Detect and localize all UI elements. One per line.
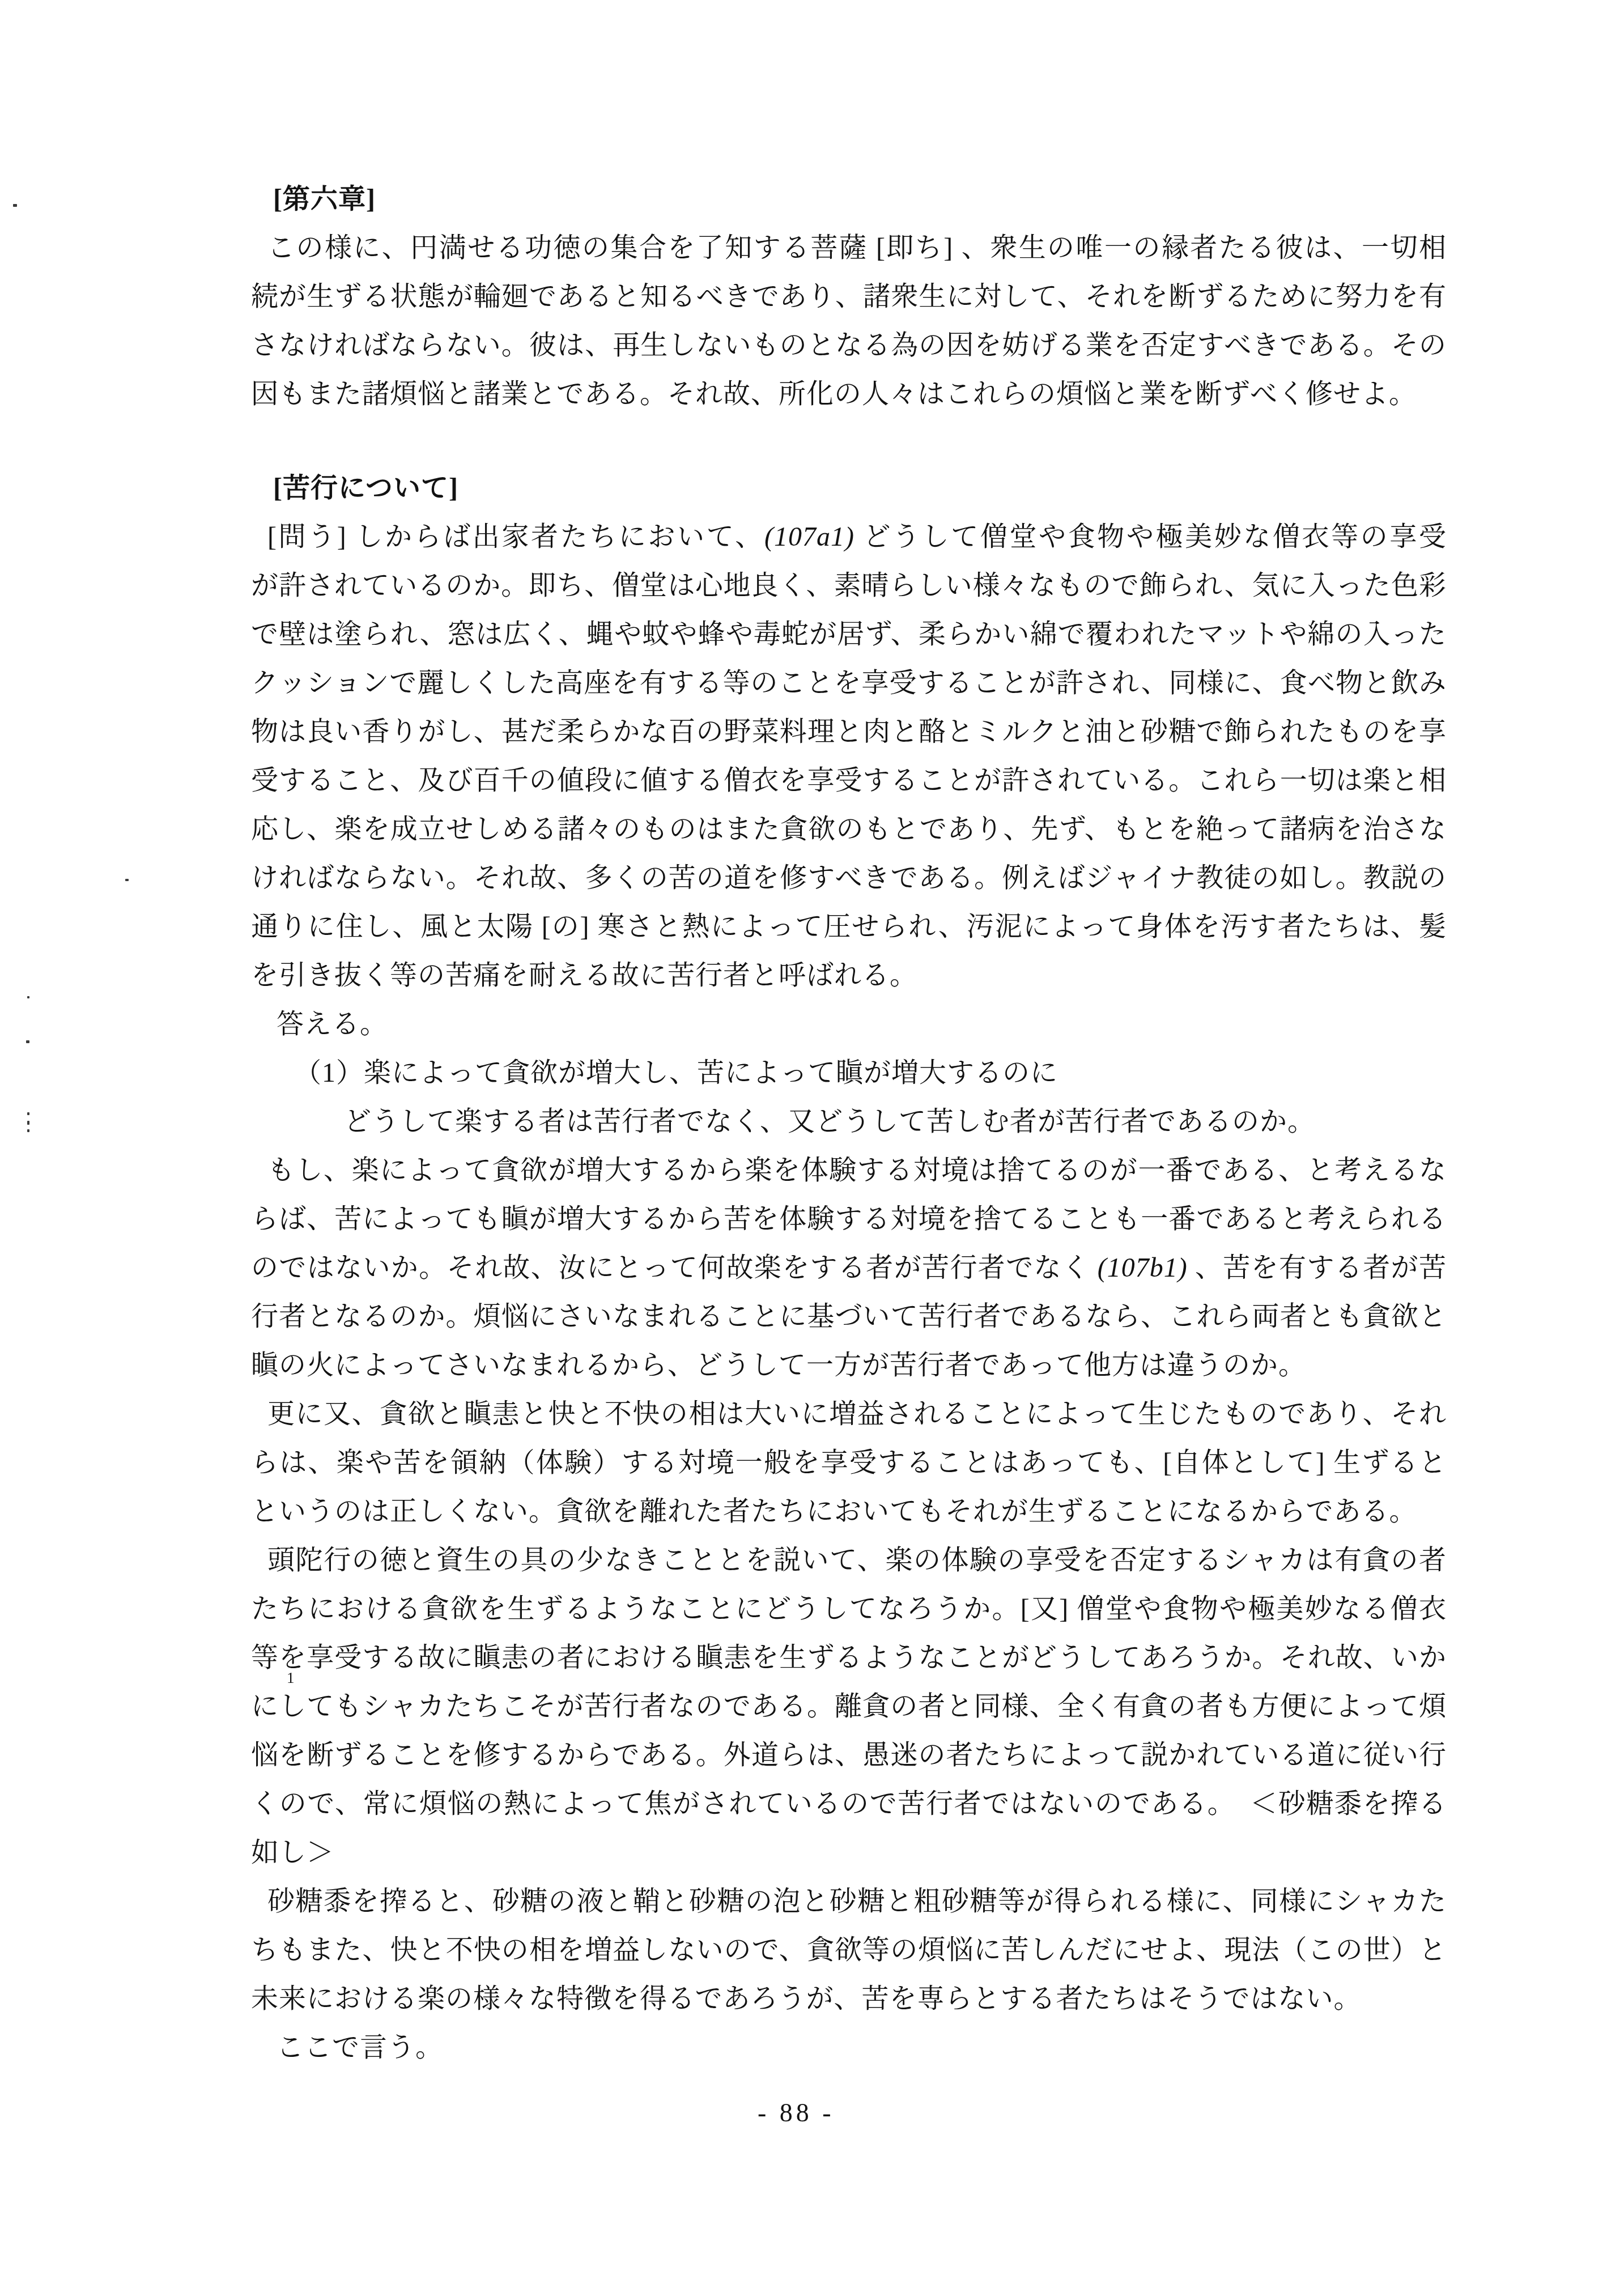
text-line: ここで言う。	[277, 2031, 443, 2065]
text-line: たちにおける貪欲を生ずるようなことにどうしてなろうか。[又] 僧堂や食物や極美妙…	[251, 1592, 1447, 1626]
text-line: もし、楽によって貪欲が増大するから楽を体験する対境は捨てるのが一番である、と考え…	[267, 1154, 1447, 1188]
document-page: [第六章]この様に、円満せる功徳の集合を了知する菩薩 [即ち] 、衆生の唯一の縁…	[0, 0, 1624, 2296]
text-line: らば、苦によっても瞋が増大するから苦を体験する対境を捨てることも一番であると考え…	[251, 1202, 1447, 1236]
text-segment: どうして僧堂や食物や極美妙な僧衣等の享受	[854, 522, 1447, 552]
text-line: 等を享受する故に瞋恚の者における瞋恚を生ずるようなことがどうしてあろうか。それ故…	[251, 1641, 1447, 1675]
text-line: （1）楽によって貪欲が増大し、苦によって瞋が増大するのに	[294, 1056, 1058, 1090]
text-line: にしてもシャカたちこそが苦行者なのである。離貪の者と同様、全く有貪の者も方便によ…	[251, 1690, 1447, 1724]
scan-artifact	[27, 1129, 29, 1132]
text-line: ければならない。それ故、多くの苦の道を修すべきである。例えばジャイナ教徒の如し。…	[251, 861, 1447, 895]
scan-artifact	[26, 1040, 29, 1043]
text-line: 行者となるのか。煩悩にさいなまれることに基づいて苦行者であるなら、これら両者とも…	[251, 1300, 1447, 1334]
text-line: 通りに住し、風と太陽 [の] 寒さと熱によって圧せられ、汚泥によって身体を汚す者…	[251, 910, 1447, 944]
scan-artifact	[13, 204, 17, 207]
text-line: 悩を断ずることを修するからである。外道らは、愚迷の者たちによって説かれている道に…	[251, 1738, 1447, 1772]
text-line: 物は良い香りがし、甚だ柔らかな百の野菜料理と肉と酪とミルクと油と砂糖で飾られたも…	[251, 715, 1447, 749]
text-line: さなければならない。彼は、再生しないものとなる為の因を妨げる業を否定すべきである…	[251, 329, 1447, 363]
text-line: 未来における楽の様々な特徴を得るであろうが、苦を専らとする者たちはそうではない。	[251, 1982, 1362, 2016]
text-line: というのは正しくない。貪欲を離れた者たちにおいてもそれが生ずることになるからであ…	[251, 1495, 1417, 1529]
text-line: で壁は塗られ、窓は広く、蝿や蚊や蜂や毒蛇が居ず、柔らかい綿で覆われたマットや綿の…	[251, 618, 1447, 652]
text-line: 答える。	[277, 1007, 388, 1041]
text-line: クッションで麗しくした高座を有する等のことを享受することが許され、同様に、食べ物…	[251, 666, 1447, 700]
text-line: ちもまた、快と不快の相を増益しないので、貪欲等の煩悩に苦しんだにせよ、現法（この…	[251, 1933, 1447, 1967]
text-line: 応し、楽を成立せしめる諸々のものはまた貪欲のもとであり、先ず、もとを絶って諸病を…	[251, 813, 1447, 847]
text-line: 砂糖黍を搾ると、砂糖の液と鞘と砂糖の泡と砂糖と粗砂糖等が得られる様に、同様にシャ…	[267, 1885, 1447, 1919]
text-line: 如し＞	[251, 1836, 334, 1870]
text-line: が許されているのか。即ち、僧堂は心地良く、素晴らしい様々なもので飾られ、気に入っ…	[251, 569, 1447, 603]
text-line: 因もまた諸煩悩と諸業とである。それ故、所化の人々はこれらの煩悩と業を断ずべく修せ…	[251, 377, 1417, 411]
text-line: どうして楽する者は苦行者でなく、又どうして苦しむ者が苦行者であるのか。	[344, 1105, 1315, 1139]
section-heading: [苦行について]	[273, 471, 458, 505]
scan-artifact	[27, 1112, 29, 1115]
text-line: 頭陀行の徳と資生の具の少なきこととを説いて、楽の体験の享受を否定するシャカは有貪…	[267, 1544, 1447, 1578]
text-line: 更に又、貪欲と瞋恚と快と不快の相は大いに増益されることによって生じたものであり、…	[267, 1397, 1447, 1431]
text-segment: 、苦を有する者が苦	[1188, 1253, 1447, 1283]
section-heading: [第六章]	[273, 182, 376, 216]
page-number: - 88 -	[758, 2098, 835, 2128]
text-line: 受すること、及び百千の値段に値する僧衣を享受することが許されている。これら一切は…	[251, 764, 1447, 798]
scan-artifact	[27, 996, 29, 998]
text-layer: [第六章]この様に、円満せる功徳の集合を了知する菩薩 [即ち] 、衆生の唯一の縁…	[0, 0, 1624, 2296]
text-line: らは、楽や苦を領納（体験）する対境一般を享受することはあっても、[自体として] …	[251, 1446, 1447, 1480]
scan-artifact	[27, 1121, 29, 1125]
footnote-marker: 1	[287, 1670, 295, 1686]
text-line: を引き抜く等の苦痛を耐える故に苦行者と呼ばれる。	[251, 959, 917, 993]
text-line: のではないか。それ故、汝にとって何故楽をする者が苦行者でなく (107b1) 、…	[251, 1251, 1447, 1285]
scan-artifact	[125, 879, 129, 881]
text-line: 続が生ずる状態が輪廻であると知るべきであり、諸衆生に対して、それを断ずるために努…	[251, 280, 1447, 314]
text-segment: のではないか。それ故、汝にとって何故楽をする者が苦行者でなく	[251, 1253, 1098, 1283]
text-line: [問う] しからば出家者たちにおいて、(107a1) どうして僧堂や食物や極美妙…	[267, 520, 1447, 554]
text-line: くので、常に煩悩の熱によって焦がされているので苦行者ではないのである。 ＜砂糖黍…	[251, 1787, 1447, 1821]
folio-reference: (107a1)	[764, 522, 854, 552]
text-line: 瞋の火によってさいなまれるから、どうして一方が苦行者であって他方は違うのか。	[251, 1349, 1306, 1383]
folio-reference: (107b1)	[1098, 1253, 1188, 1283]
text-segment: [問う] しからば出家者たちにおいて、	[267, 522, 764, 552]
text-line: この様に、円満せる功徳の集合を了知する菩薩 [即ち] 、衆生の唯一の縁者たる彼は…	[267, 231, 1447, 265]
